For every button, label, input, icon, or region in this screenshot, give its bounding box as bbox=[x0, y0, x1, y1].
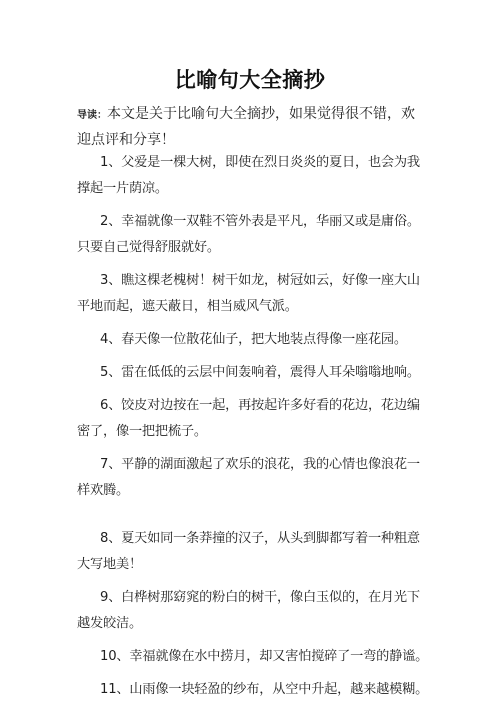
document-page: 比喻句大全摘抄 导读：本文是关于比喻句大全摘抄，如果觉得很不错，欢迎点评和分享！… bbox=[0, 0, 500, 708]
list-item: 1、父爱是一棵大树，即使在烈日炎炎的夏日，也会为我撑起一片荫凉。 bbox=[77, 150, 429, 202]
list-item: 5、雷在低低的云层中间轰响着，震得人耳朵嗡嗡地响。 bbox=[77, 360, 429, 386]
list-item: 11、山雨像一块轻盈的纱布，从空中升起，越来越模糊。 bbox=[77, 677, 429, 703]
list-item: 4、春天像一位散花仙子，把大地装点得像一座花园。 bbox=[77, 327, 429, 353]
list-item: 3、瞧这棵老槐树！树干如龙，树冠如云，好像一座大山平地而起，遮天蔽日，相当威风气… bbox=[77, 268, 429, 320]
lead-label: 导读： bbox=[77, 110, 107, 121]
list-item: 7、平静的湖面激起了欢乐的浪花，我的心情也像浪花一样欢腾。 bbox=[77, 452, 429, 504]
list-item: 2、幸福就像一双鞋不管外表是平凡，华丽又或是庸俗。只要自己觉得舒服就好。 bbox=[77, 209, 429, 261]
document-title: 比喻句大全摘抄 bbox=[0, 64, 500, 94]
list-item: 6、饺皮对边按在一起，再按起许多好看的花边，花边编密了，像一把把梳子。 bbox=[77, 393, 429, 445]
lead-paragraph: 导读：本文是关于比喻句大全摘抄，如果觉得很不错，欢迎点评和分享！ bbox=[77, 102, 417, 153]
list-item: 8、夏天如同一条莽撞的汉子，从头到脚都写着一种粗意大写地美！ bbox=[77, 526, 429, 578]
list-item: 9、白桦树那窈窕的粉白的树干，像白玉似的，在月光下越发皎洁。 bbox=[77, 585, 429, 637]
lead-text: 本文是关于比喻句大全摘抄，如果觉得很不错，欢迎点评和分享！ bbox=[77, 106, 415, 148]
sentence-list: 1、父爱是一棵大树，即使在烈日炎炎的夏日，也会为我撑起一片荫凉。 2、幸福就像一… bbox=[77, 150, 429, 708]
list-item: 10、幸福就像在水中捞月，却又害怕搅碎了一弯的静谧。 bbox=[77, 644, 429, 670]
